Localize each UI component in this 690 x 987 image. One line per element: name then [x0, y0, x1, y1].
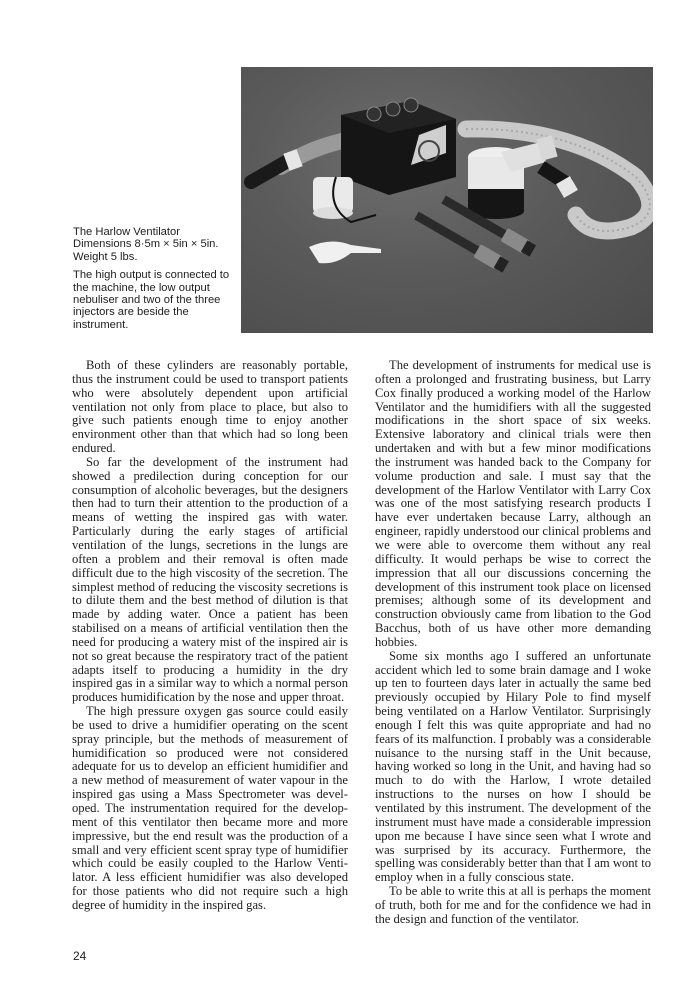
caption-description: The high output is connected to the mach…	[73, 269, 238, 331]
right-column: The development of instruments for medic…	[375, 359, 651, 927]
paragraph: The high pressure oxygen gas source coul…	[72, 705, 348, 913]
paragraph: The development of instruments for medic…	[375, 359, 651, 650]
figure-caption: The Harlow Ventilator Dimensions 8·5m × …	[73, 226, 238, 337]
left-column: Both of these cylinders are reasonably p…	[72, 359, 348, 913]
caption-title: The Harlow Ventilator Dimensions 8·5m × …	[73, 226, 238, 263]
paragraph: Some six months ago I suffered an unfort…	[375, 650, 651, 885]
ventilator-illustration	[241, 67, 653, 333]
paragraph: So far the development of the instrument…	[72, 456, 348, 705]
ventilator-photo	[241, 67, 653, 333]
paragraph: To be able to write this at all is perha…	[375, 885, 651, 927]
page-number: 24	[73, 949, 86, 963]
paragraph: Both of these cylinders are reasonably p…	[72, 359, 348, 456]
